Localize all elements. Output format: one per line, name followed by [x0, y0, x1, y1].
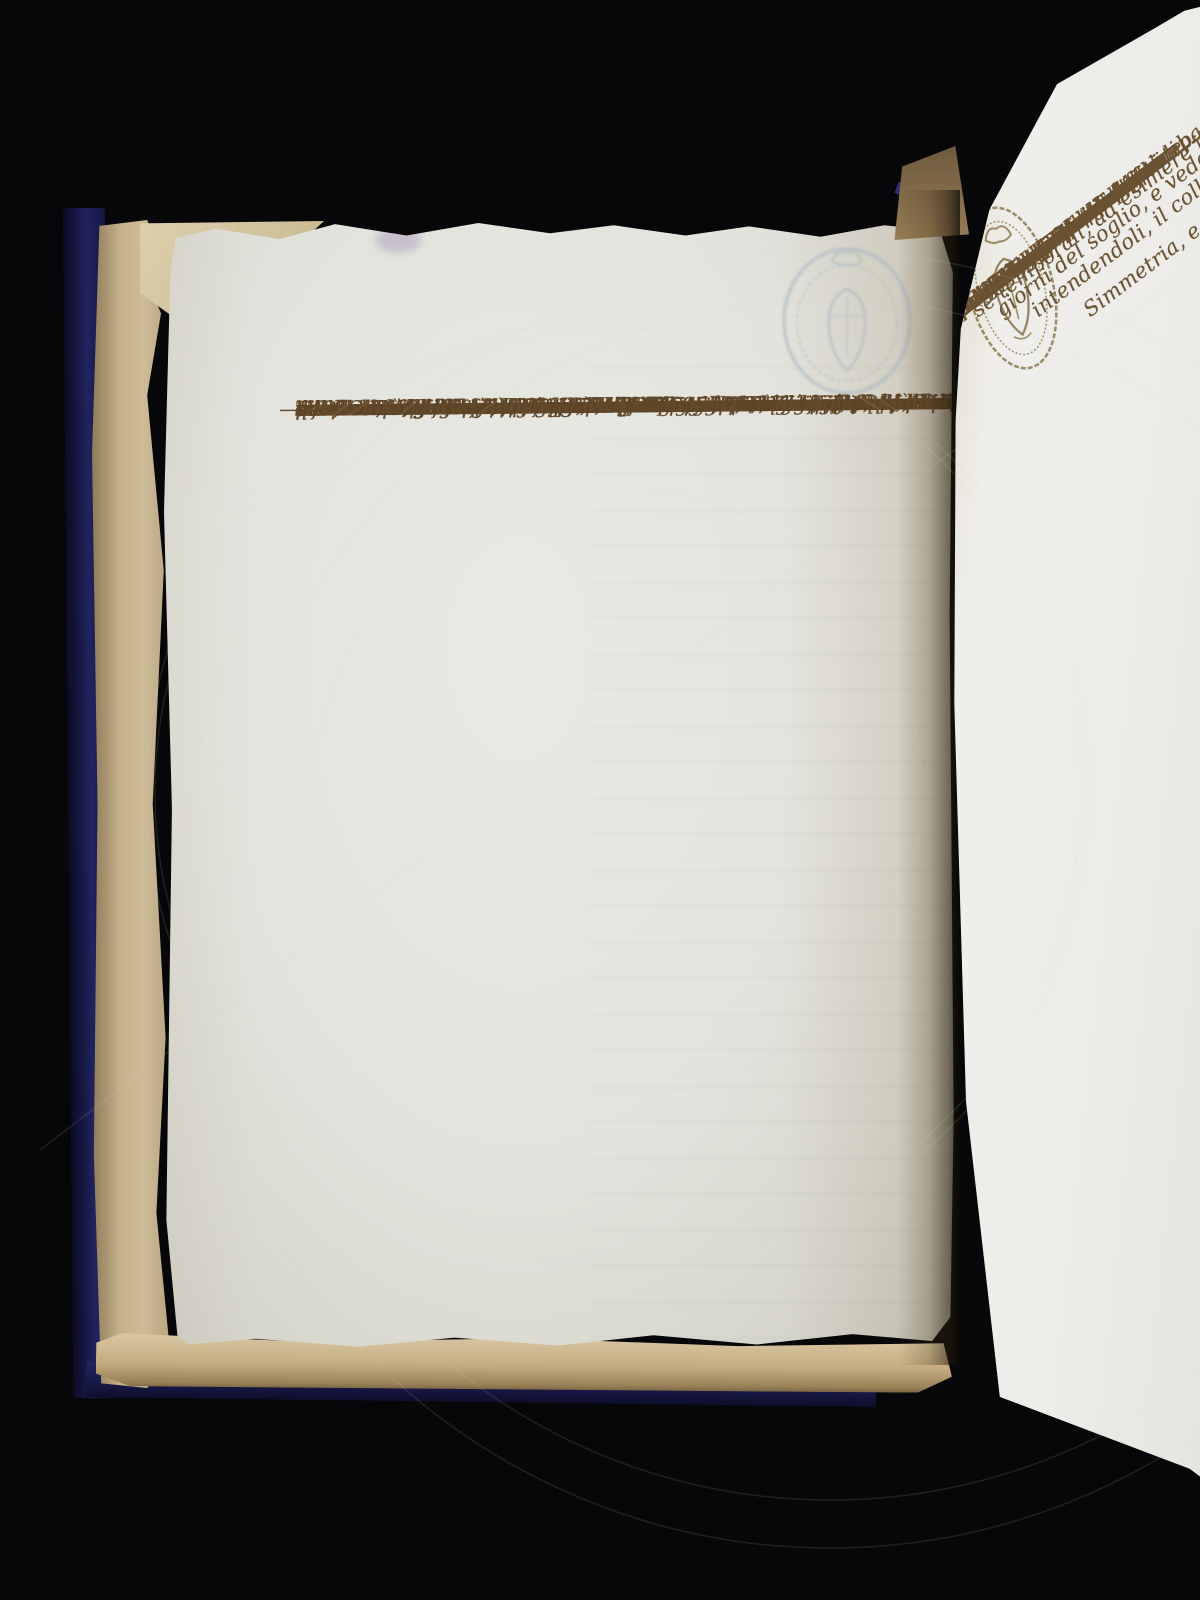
left-manuscript-page: Oltre ai fondi da me già descritti, come…: [160, 215, 956, 1357]
gutter-shadow: [898, 190, 960, 1365]
right-manuscript-page-curved: Simmetria, e ...intendendoli, il collega…: [940, 0, 1200, 1530]
manuscript-line: de' Celesti Movimenti, i quali si fanno …: [295, 384, 973, 425]
photograph-open-manuscript-book: Oltre ai fondi da me già descritti, come…: [0, 0, 1200, 1600]
ink-smudge: [375, 227, 421, 253]
right-page-text-block: Simmetria, e ...intendendoli, il collega…: [958, 292, 1200, 1472]
left-page-text-block: Oltre ai fondi da me già descritti, come…: [295, 385, 973, 1342]
